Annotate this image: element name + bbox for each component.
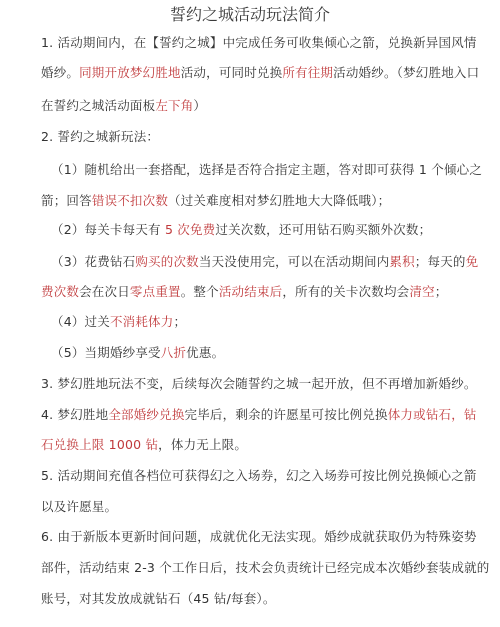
highlighted-text: 免 — [466, 254, 479, 269]
highlighted-text: 购买的次数 — [135, 254, 199, 269]
body-text: 部件，活动结束 2-3 个工作日后，技术会负责统计已经完成本次婚纱套装成就的 — [41, 560, 489, 575]
body-text: 优惠。 — [186, 345, 224, 360]
body-text: 婚纱。 — [41, 65, 79, 80]
body-text: ，体力无上限。 — [158, 437, 247, 452]
text-line: 以及许愿星。 — [41, 498, 117, 516]
highlighted-text: 全部婚纱兑换 — [108, 407, 184, 422]
body-text: ；每天的 — [415, 254, 466, 269]
body-text: 。整个 — [181, 284, 219, 299]
body-text: 在誓约之城活动面板 — [41, 98, 155, 113]
body-text: （1）随机给出一套搭配，选择是否符合指定主题，答对即可获得 1 个倾心之 — [51, 162, 482, 177]
highlighted-text: 清空 — [409, 284, 434, 299]
body-text: （4）过关 — [51, 314, 110, 329]
body-text: 会在次日 — [79, 284, 130, 299]
text-line: 在誓约之城活动面板左下角） — [41, 97, 206, 115]
highlighted-text: 累积 — [389, 254, 414, 269]
body-text: 以及许愿星。 — [41, 499, 117, 514]
text-line: 4. 梦幻胜地全部婚纱兑换完毕后，剩余的许愿星可按比例兑换体力或钻石，钻 — [41, 406, 477, 424]
text-line: 费次数会在次日零点重置。整个活动结束后，所有的关卡次数均会清空； — [41, 283, 447, 301]
body-text: （过关难度相对梦幻胜地大大降低哦）； — [168, 193, 390, 208]
body-text: （3）花费钻石 — [51, 254, 135, 269]
highlighted-text: 所有往期 — [282, 65, 333, 80]
text-line: 6. 由于新版本更新时间问题，成就优化无法实现。婚纱成就获取仍为特殊姿势 — [41, 528, 477, 546]
highlighted-text: 石兑换上限 1000 钻 — [41, 437, 158, 452]
body-text: 完毕后，剩余的许愿星可按比例兑换 — [185, 407, 388, 422]
body-text: 活动，可同时兑换 — [181, 65, 283, 80]
highlighted-text: 不消耗体力 — [110, 314, 174, 329]
highlighted-text: 左下角 — [155, 98, 193, 113]
page-title: 誓约之城活动玩法简介 — [0, 4, 500, 26]
text-line: 婚纱。同期开放梦幻胜地活动，可同时兑换所有往期活动婚纱。（梦幻胜地入口 — [41, 64, 479, 82]
text-line: （2）每关卡每天有 5 次免费过关次数，还可用钻石购买额外次数； — [51, 221, 431, 239]
body-text: ； — [173, 314, 186, 329]
body-text: 账号，对其发放成就钻石（45 钻/每套）。 — [41, 591, 276, 606]
body-text: 2. 誓约之城新玩法： — [41, 129, 159, 144]
highlighted-text: 同期开放梦幻胜地 — [79, 65, 181, 80]
text-line: 石兑换上限 1000 钻，体力无上限。 — [41, 436, 247, 454]
text-line: 5. 活动期间充值各档位可获得幻之入场券，幻之入场券可按比例兑换倾心之箭 — [41, 467, 477, 485]
body-text: ； — [435, 284, 448, 299]
text-line: 箭；回答错误不扣次数（过关难度相对梦幻胜地大大降低哦）； — [41, 192, 390, 210]
highlighted-text: 费次数 — [41, 284, 79, 299]
highlighted-text: 八折 — [161, 345, 186, 360]
body-text: 箭；回答 — [41, 193, 92, 208]
body-text: 1. 活动期间内，在【誓约之城】中完成任务可收集倾心之箭，兑换新异国风情 — [41, 35, 477, 50]
body-text: 当天没使用完，可以在活动期间内 — [199, 254, 390, 269]
text-line: 2. 誓约之城新玩法： — [41, 128, 159, 146]
body-text: ，所有的关卡次数均会 — [282, 284, 409, 299]
body-text: 3. 梦幻胜地玩法不变，后续每次会随誓约之城一起开放，但不再增加新婚纱。 — [41, 376, 477, 391]
body-text: 4. 梦幻胜地 — [41, 407, 108, 422]
text-line: （3）花费钻石购买的次数当天没使用完，可以在活动期间内累积；每天的免 — [51, 253, 478, 271]
highlighted-text: 5 次免费 — [165, 222, 215, 237]
body-text: 5. 活动期间充值各档位可获得幻之入场券，幻之入场券可按比例兑换倾心之箭 — [41, 468, 477, 483]
highlighted-text: 零点重置 — [130, 284, 181, 299]
body-text: 6. 由于新版本更新时间问题，成就优化无法实现。婚纱成就获取仍为特殊姿势 — [41, 529, 477, 544]
text-line: （1）随机给出一套搭配，选择是否符合指定主题，答对即可获得 1 个倾心之 — [51, 161, 482, 179]
body-text: （5）当期婚纱享受 — [51, 345, 161, 360]
text-line: （4）过关不消耗体力； — [51, 313, 186, 331]
highlighted-text: 体力或钻石，钻 — [388, 407, 477, 422]
document-page: 誓约之城活动玩法简介 1. 活动期间内，在【誓约之城】中完成任务可收集倾心之箭，… — [0, 0, 500, 627]
text-line: 3. 梦幻胜地玩法不变，后续每次会随誓约之城一起开放，但不再增加新婚纱。 — [41, 375, 477, 393]
text-line: 1. 活动期间内，在【誓约之城】中完成任务可收集倾心之箭，兑换新异国风情 — [41, 34, 477, 52]
body-text: （2）每关卡每天有 — [51, 222, 165, 237]
body-text: 过关次数，还可用钻石购买额外次数； — [215, 222, 431, 237]
text-line: （5）当期婚纱享受八折优惠。 — [51, 344, 224, 362]
highlighted-text: 活动结束后 — [219, 284, 283, 299]
body-text: ） — [193, 98, 206, 113]
highlighted-text: 错误不扣次数 — [92, 193, 168, 208]
body-text: 活动婚纱。（梦幻胜地入口 — [333, 65, 479, 80]
text-line: 部件，活动结束 2-3 个工作日后，技术会负责统计已经完成本次婚纱套装成就的 — [41, 559, 489, 577]
text-line: 账号，对其发放成就钻石（45 钻/每套）。 — [41, 590, 276, 608]
